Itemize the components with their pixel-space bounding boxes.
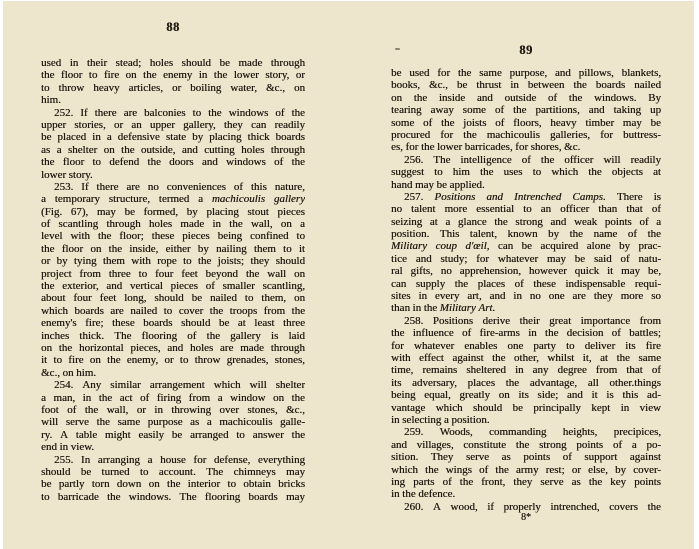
text-line: itsadversary,placestheadvantage,allother…: [391, 377, 661, 389]
signature-mark: 8*: [391, 512, 661, 523]
text-line: notalentmoreessentialtoanofficerthanthat…: [391, 203, 661, 215]
text-line: cansupplytheplacesoftheseindispensablere…: [391, 278, 661, 290]
text-line: him.: [41, 94, 305, 106]
text-line: aboutfourfeetlong,shouldbenailedtothem,o…: [41, 292, 305, 304]
text-line: 253.Iftherearenoconveniencesofthisnature…: [41, 181, 305, 193]
text-line: shouldbeturnedtoaccount.Thechimneysmay: [41, 466, 305, 478]
text-line: 258.Positionsderivetheirgreatimportancef…: [391, 315, 661, 327]
text-line: sition.Theyserveaspointsofsupportagainst: [391, 451, 661, 463]
text-line: suggesttohimtheusestowhichtheobjectsat: [391, 166, 661, 178]
text-line: ralgifts,noapprehension,howeverquickitma…: [391, 265, 661, 277]
text-line: position.Thistalent,knownbythenameofthe: [391, 228, 661, 240]
text-line: books,&c.,bethrustinbetweentheboardsnail…: [391, 79, 661, 91]
text-line: inthedefence.: [391, 488, 661, 500]
text-line: inselectingaposition.: [391, 414, 661, 426]
text-line: sitesineveryart,andinnoonearetheymoreso: [391, 290, 661, 302]
text-line: 255.Inarrangingahousefordefense,everythi…: [41, 454, 305, 466]
text-line: beingequal,greatlyonitsside;anditisthisa…: [391, 389, 661, 401]
text-line: 252.Iftherearebalconiestothewindowsofthe: [41, 107, 305, 119]
text-line: 256.Theintelligenceoftheofficerwillreadi…: [391, 154, 661, 166]
text-line: ry.Atablemighteasilybearrangedtoanswerth…: [41, 429, 305, 441]
text-line: levelwiththefloor;thesepiecesbeingconfin…: [41, 230, 305, 242]
text-line: theinfluenceoffire-armsinthedecisionofba…: [391, 327, 661, 339]
text-line: whichthewingsofthearmyrest;orelse,bycove…: [391, 464, 661, 476]
text-line: ontheinsideandoutsideofthewindows.By: [391, 92, 661, 104]
text-line: asashelterontheoutside,andcuttingholesth…: [41, 144, 305, 156]
text-line: ofscantlingthroughholesmadeinthewall,ona: [41, 218, 305, 230]
text-line: vantagewhichshouldbeprincipallykeptinvie…: [391, 402, 661, 414]
text-line: onthehorizontalpieces,andholesaremadethr…: [41, 342, 305, 354]
text-line: thefloorontheinside,eitherbynailingthemt…: [41, 243, 305, 255]
text-line: handmaybeapplied.: [391, 179, 661, 191]
text-line: time,remainsshelteredinanydegreefromthat…: [391, 364, 661, 376]
text-line: forwhateverenablesonepartytodeliveritsfi…: [391, 340, 661, 352]
text-line: theexterior,andverticalpiecesofsmallersc…: [41, 280, 305, 292]
text-line: Militarycoupd'œil,canbeacquiredalonebypr…: [391, 240, 661, 252]
page-number-left: 88: [41, 20, 305, 35]
text-line: beusedforthesamepurpose,andpillows,blank…: [391, 67, 661, 79]
text-line: ticeandstudy;forwhatevermaybesaidofnatu-: [391, 253, 661, 265]
text-line: tobarricadethewindows.Theflooringboardsm…: [41, 491, 305, 503]
text-line: upperstories,oranuppergallery,theycanrea…: [41, 119, 305, 131]
text-line: tothrowheavyarticles,orboilingwater,&c.,…: [41, 82, 305, 94]
text-line: thanintheMilitaryArt.: [391, 302, 661, 314]
text-line: ingpartsofthefront,theyserveasthekeypoin…: [391, 476, 661, 488]
text-line: inchesthick.Theflooringofthegalleryislai…: [41, 330, 305, 342]
text-line: witheffectagainsttheother,whilstit,atthe…: [391, 352, 661, 364]
book-scan-paper: 88 89 usedintheirstead;holesshouldbemade…: [3, 1, 694, 549]
text-line: andvillages,constitutethestrongpointsofa…: [391, 439, 661, 451]
text-line: thefloortodefendthedoorsandwindowsofthe: [41, 156, 305, 168]
text-line: procuredforthemachicoulisgalleries,forbu…: [391, 129, 661, 141]
page-number-right: 89: [391, 43, 661, 58]
text-line: enemy'sfire;theseboardsshouldbeatleastth…: [41, 317, 305, 329]
text-line: someofthejoistsoffloors,heavytimbermaybe: [391, 117, 661, 129]
text-line: willservethesamepurposeasamachicoulisgal…: [41, 416, 305, 428]
text-line: footofthewall,orinthrowingoverstones,&c.…: [41, 404, 305, 416]
text-line: 254.Anysimilararrangementwhichwillshelte…: [41, 379, 305, 391]
text-line: bepartlytorndownontheinteriortoobtainbri…: [41, 478, 305, 490]
text-line: 257.PositionsandIntrenchedCamps.Thereis: [391, 191, 661, 203]
text-line: endinview.: [41, 441, 305, 453]
text-line: lowerstory.: [41, 169, 305, 181]
text-line: atemporarystructure,termedamachicoulisga…: [41, 193, 305, 205]
text-line: aman,intheactoffiringfromawindowonthe: [41, 392, 305, 404]
text-line: projectfromthreetofourfeetbeyondthewallo…: [41, 268, 305, 280]
text-line: whichboardsarenailedtocoverthetroopsfrom…: [41, 305, 305, 317]
text-line: es,forthelowerbarricades,forshores,&c.: [391, 141, 661, 153]
text-line: tearingawaysomeofthepartitions,andtaking…: [391, 104, 661, 116]
text-line: ittofireontheenemy,ortothrowgrenades,sto…: [41, 354, 305, 366]
text-line: thefloortofireontheenemyinthelowerstory,…: [41, 69, 305, 81]
page-89-text-column: beusedforthesamepurpose,andpillows,blank…: [391, 67, 661, 513]
page-88-text-column: usedintheirstead;holesshouldbemadethroug…: [41, 57, 305, 503]
text-line: orbytyingthemwithropetothejoists;theysho…: [41, 255, 305, 267]
text-line: 259.Woods,commandingheights,precipices,: [391, 426, 661, 438]
text-line: seizingataglancethestrongandweakpointsof…: [391, 216, 661, 228]
text-line: (Fig.67),maybeformed,byplacingstoutpiece…: [41, 206, 305, 218]
text-line: beplacedinadefensivestatebyplacingthickb…: [41, 131, 305, 143]
text-line: &c.,onhim.: [41, 367, 305, 379]
text-line: usedintheirstead;holesshouldbemadethroug…: [41, 57, 305, 69]
